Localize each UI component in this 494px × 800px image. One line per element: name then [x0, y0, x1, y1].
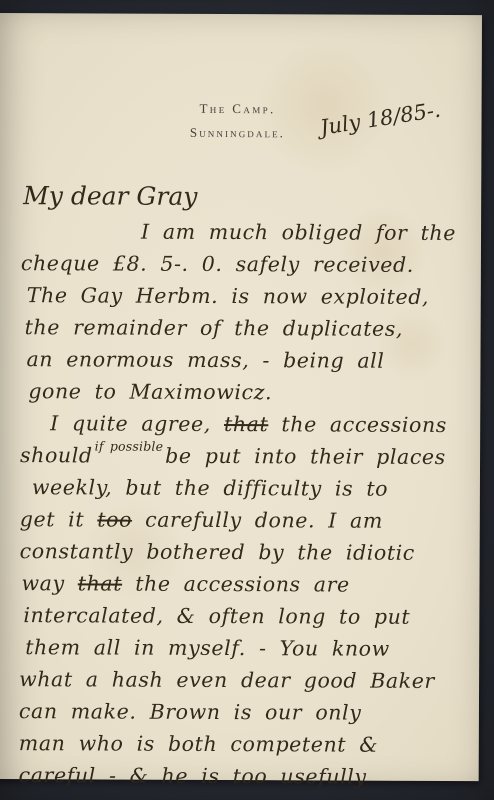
letterhead-line-2: Sunningdale.	[167, 126, 307, 141]
handwriting-text: I quite agree,	[50, 411, 224, 436]
handwriting-line: The Gay Herbm. is now exploited,	[21, 283, 471, 317]
letter-paper: The Camp. Sunningdale. July 18/85-. My d…	[0, 13, 482, 781]
handwriting-text: constantly bothered by the idiotic	[20, 539, 415, 565]
handwriting-text: what a hash even dear good Baker	[19, 667, 435, 693]
handwriting-text: man who is both competent &	[19, 731, 378, 757]
handwriting-line: them all in myself. - You know	[19, 635, 469, 669]
inserted-word: if possible	[95, 438, 164, 453]
handwriting-text: be put into their places	[165, 444, 446, 469]
handwriting-line: man who is both competent &	[19, 731, 469, 765]
handwriting-line: intercalated, & often long to put	[19, 603, 469, 637]
handwriting-line: can make. Brown is our only	[19, 699, 469, 733]
letter-body: I am much obliged for thecheque £8. 5-. …	[19, 219, 472, 797]
handwriting-line: weekly, but the difficulty is to	[20, 475, 470, 509]
handwriting-line: I quite agree, that the accessions	[20, 411, 470, 445]
letterhead-line-1: The Camp.	[168, 102, 308, 117]
handwriting-text: them all in myself. - You know	[25, 635, 390, 661]
handwriting-text: get it	[20, 507, 98, 531]
handwriting-line: careful - & he is too usefully	[19, 763, 469, 797]
handwriting-line: get it too carefully done. I am	[20, 507, 470, 541]
handwriting-text: The Gay Herbm. is now exploited,	[27, 283, 429, 309]
handwriting-text: careful - & he is too usefully	[19, 763, 367, 789]
handwriting-text: carefully done. I am	[132, 508, 383, 533]
letter-salutation: My dear Gray	[23, 181, 197, 211]
struck-out-word: too	[97, 507, 132, 531]
handwriting-line: way that the accessions are	[19, 571, 469, 605]
handwriting-line: shouldif possiblebe put into their place…	[20, 443, 470, 477]
handwriting-line: constantly bothered by the idiotic	[20, 539, 470, 573]
handwriting-line: the remainder of the duplicates,	[21, 315, 471, 349]
handwriting-text: cheque £8. 5-. 0. safely received.	[21, 251, 414, 277]
handwriting-line: an enormous mass, - being all	[20, 347, 470, 381]
handwriting-line: cheque £8. 5-. 0. safely received.	[21, 251, 471, 285]
handwriting-text: the accessions are	[122, 572, 350, 597]
handwriting-text: weekly, but the difficulty is to	[32, 475, 388, 501]
handwriting-text: gone to Maximowicz.	[28, 379, 272, 404]
photo-background: The Camp. Sunningdale. July 18/85-. My d…	[0, 0, 494, 800]
handwriting-line: I am much obliged for the	[21, 219, 471, 253]
handwriting-text: an enormous mass, - being all	[26, 347, 384, 373]
letter-date: July 18/85-.	[318, 98, 442, 140]
handwriting-text: I am much obliged for the	[141, 220, 456, 245]
handwriting-text: should	[20, 443, 93, 467]
struck-out-word: that	[78, 571, 122, 595]
handwriting-text: way	[21, 571, 77, 595]
handwriting-text: the accessions	[268, 412, 447, 437]
struck-out-word: that	[224, 412, 268, 436]
handwriting-text: the remainder of the duplicates,	[25, 315, 404, 341]
handwriting-line: what a hash even dear good Baker	[19, 667, 469, 701]
handwriting-text: can make. Brown is our only	[19, 699, 362, 724]
handwriting-line: gone to Maximowicz.	[20, 379, 470, 413]
handwriting-text: intercalated, & often long to put	[23, 603, 410, 629]
letterhead: The Camp. Sunningdale.	[167, 102, 307, 141]
